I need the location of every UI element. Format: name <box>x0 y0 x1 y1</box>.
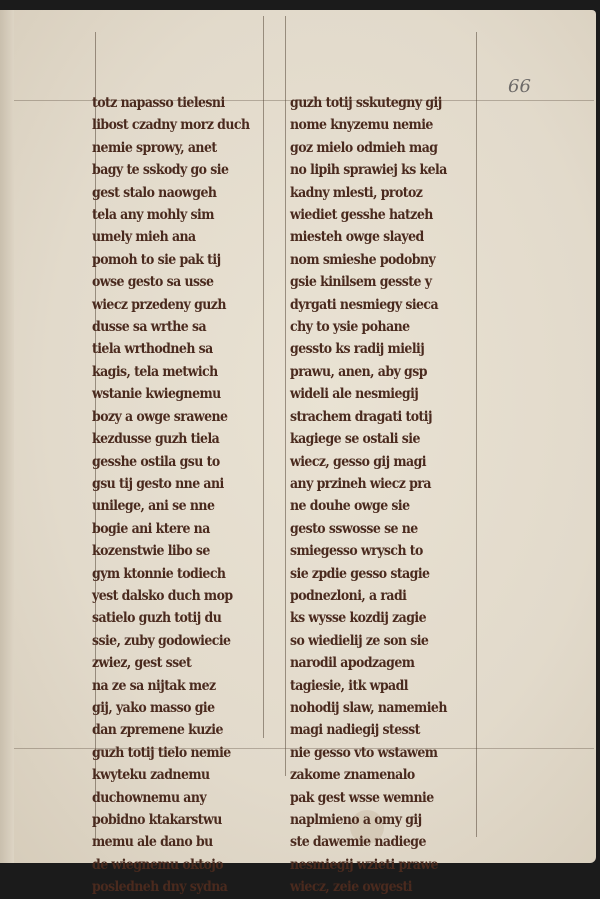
text-line: gesshe ostila gsu to <box>92 451 250 473</box>
text-line: nie gesso vto wstawem <box>290 742 447 764</box>
text-line: dyrgati nesmiegy sieca <box>290 294 447 316</box>
text-column-left: totz napasso tielesni libost czadny morz… <box>92 92 250 874</box>
text-line: yest dalsko duch mop <box>92 585 250 607</box>
text-line: de wiegnemu oktojo <box>92 854 250 874</box>
text-line: satielo guzh totij du <box>92 607 250 629</box>
text-line: duchownemu any <box>92 787 250 809</box>
text-line: no lipih sprawiej ks kela <box>290 159 447 181</box>
text-line: libost czadny morz duch <box>92 114 250 136</box>
text-line: dusse sa wrthe sa <box>92 316 250 338</box>
text-line: gessto ks radij mielij <box>290 338 447 360</box>
text-line: strachem dragati totij <box>290 406 447 428</box>
ruling-line-left-inner <box>263 16 264 738</box>
text-line: guzh totij sskutegny gij <box>290 92 447 114</box>
text-line: umely mieh ana <box>92 226 250 248</box>
text-line: sie zpdie gesso stagie <box>290 563 447 585</box>
text-line: bozy a owge srawene <box>92 406 250 428</box>
text-line: bogie ani ktere na <box>92 518 250 540</box>
text-column-right: guzh totij sskutegny gij nome knyzemu ne… <box>290 92 447 874</box>
text-line: miesteh owge slayed <box>290 226 447 248</box>
text-line: pomoh to sie pak tij <box>92 249 250 271</box>
text-line: wstanie kwiegnemu <box>92 383 250 405</box>
text-line: wiediet gesshe hatzeh <box>290 204 447 226</box>
text-line: kozenstwie libo se <box>92 540 250 562</box>
text-line: gsie kinilsem gesste y <box>290 271 447 293</box>
text-line: so wiedielij ze son sie <box>290 630 447 652</box>
text-line: wiecz, gesso gij magi <box>290 451 447 473</box>
text-line: naplmieno a omy gij <box>290 809 447 831</box>
text-line: zakome znamenalo <box>290 764 447 786</box>
text-line: any przineh wiecz pra <box>290 473 447 495</box>
text-line: zwiez, gest sset <box>92 652 250 674</box>
text-line: nohodij slaw, namemieh <box>290 697 447 719</box>
ruling-line-right-outer <box>285 16 286 776</box>
text-line: prawu, anen, aby gsp <box>290 361 447 383</box>
text-line: narodil apodzagem <box>290 652 447 674</box>
text-line: guzh totij tielo nemie <box>92 742 250 764</box>
text-line: gest stalo naowgeh <box>92 182 250 204</box>
text-line: memu ale dano bu <box>92 831 250 853</box>
text-line: ks wysse kozdij zagie <box>290 607 447 629</box>
text-line: na ze sa nijtak mez <box>92 675 250 697</box>
text-line: tela any mohly sim <box>92 204 250 226</box>
text-line: kadny mlesti, protoz <box>290 182 447 204</box>
text-line: pobidno ktakarstwu <box>92 809 250 831</box>
text-line: nemie sprowy, anet <box>92 137 250 159</box>
text-line: tiela wrthodneh sa <box>92 338 250 360</box>
text-line: tagiesie, itk wpadl <box>290 675 447 697</box>
text-line: kezdusse guzh tiela <box>92 428 250 450</box>
text-line: pak gest wsse wemnie <box>290 787 447 809</box>
binding-gutter <box>0 10 14 863</box>
text-line: gsu tij gesto nne ani <box>92 473 250 495</box>
folio-number: 66 <box>508 76 531 97</box>
text-line: owse gesto sa usse <box>92 271 250 293</box>
text-line: gij, yako masso gie <box>92 697 250 719</box>
text-line: nom smieshe podobny <box>290 249 447 271</box>
text-line: podnezloni, a radi <box>290 585 447 607</box>
text-line: ste dawemie nadiege <box>290 831 447 853</box>
text-line: bagy te sskody go sie <box>92 159 250 181</box>
text-line: ne douhe owge sie <box>290 495 447 517</box>
text-line: ssie, zuby godowiecie <box>92 630 250 652</box>
text-line: wideli ale nesmiegij <box>290 383 447 405</box>
text-line: wiecz przedeny guzh <box>92 294 250 316</box>
text-line: nesmiegij wzieti prawe <box>290 854 447 874</box>
text-line: totz napasso tielesni <box>92 92 250 114</box>
text-line: magi nadiegij stesst <box>290 719 447 741</box>
text-line: unilege, ani se nne <box>92 495 250 517</box>
text-line: smiegesso wrysch to <box>290 540 447 562</box>
ruling-line-right-inner <box>476 32 477 837</box>
text-line: dan zpremene kuzie <box>92 719 250 741</box>
text-line: kagiege se ostali sie <box>290 428 447 450</box>
text-line: gym ktonnie todiech <box>92 563 250 585</box>
text-line: kagis, tela metwich <box>92 361 250 383</box>
text-line: goz mielo odmieh mag <box>290 137 447 159</box>
text-line: chy to ysie pohane <box>290 316 447 338</box>
text-line: gesto sswosse se ne <box>290 518 447 540</box>
text-line: kwyteku zadnemu <box>92 764 250 786</box>
text-line: nome knyzemu nemie <box>290 114 447 136</box>
